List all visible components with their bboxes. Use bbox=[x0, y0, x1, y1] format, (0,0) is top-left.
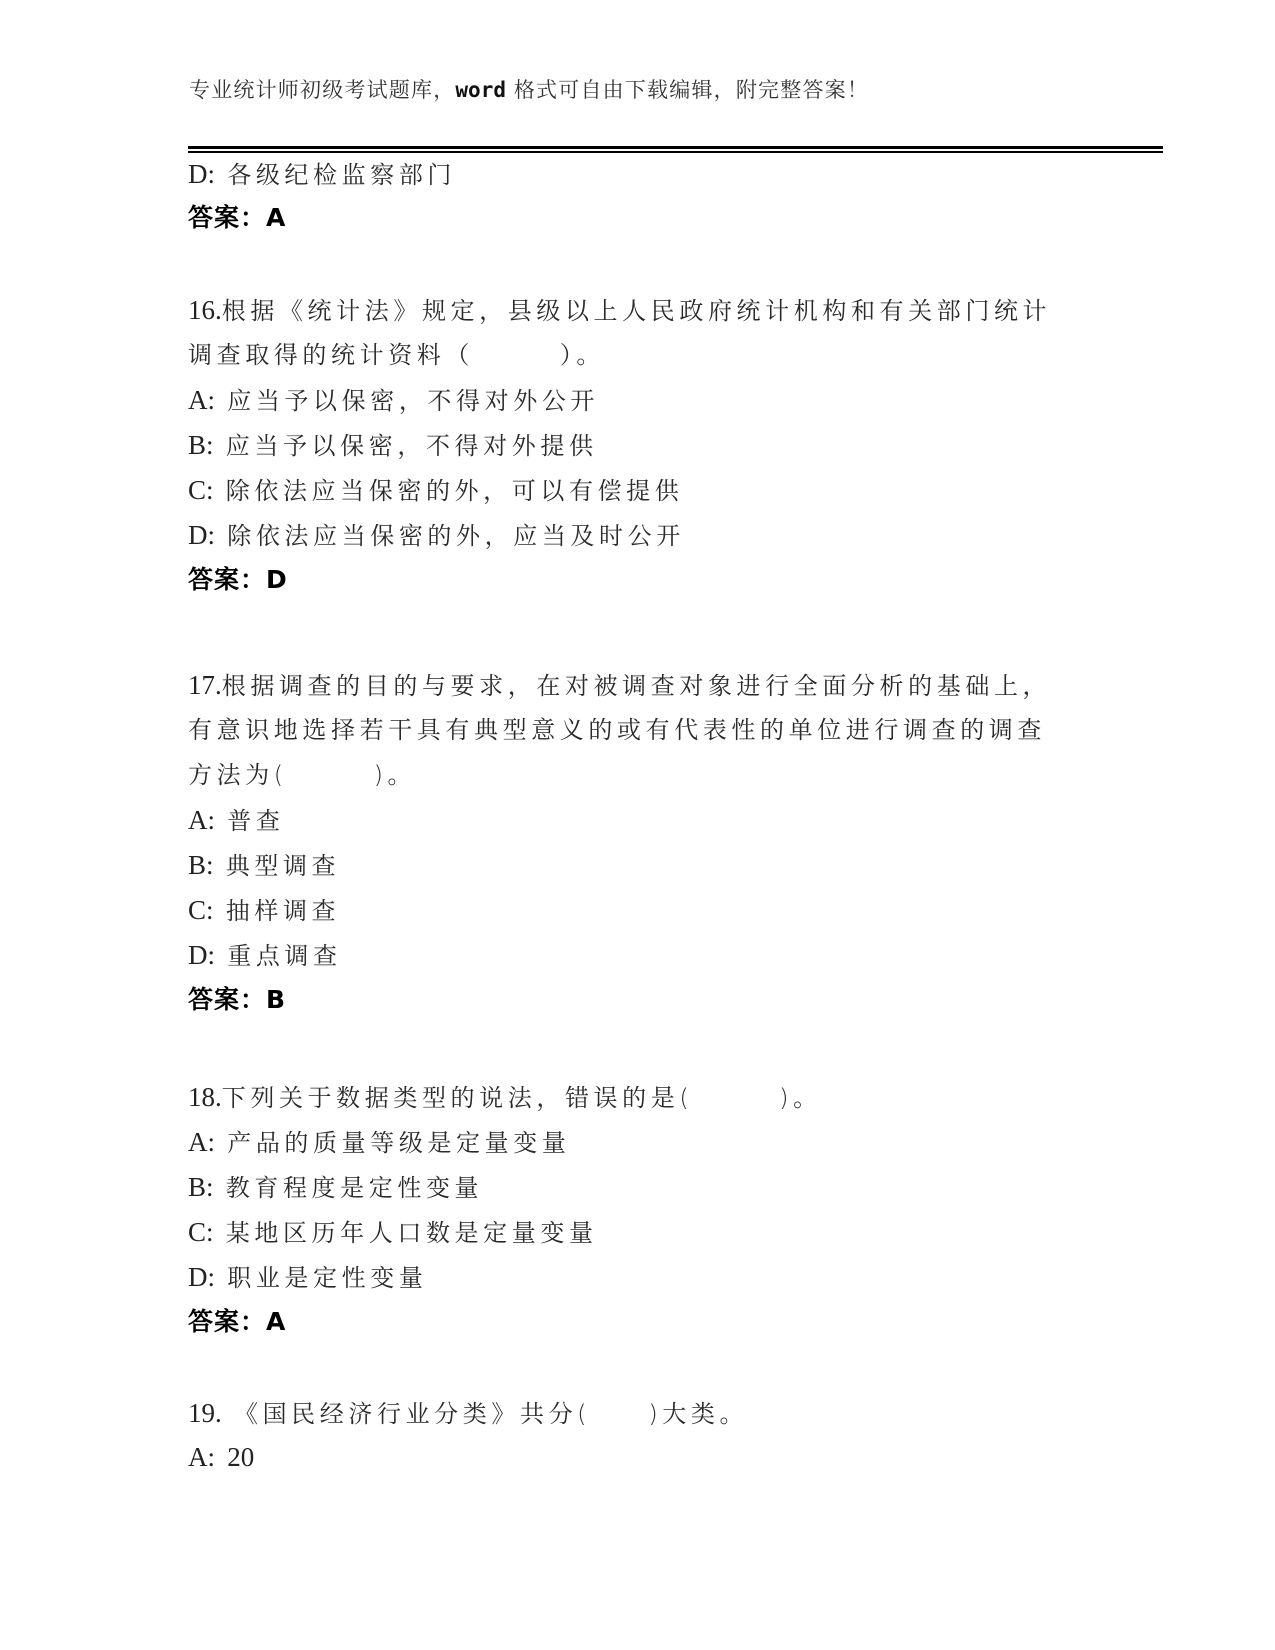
option-text: 典型调查 bbox=[226, 852, 340, 880]
option-d-carryover: D: 各级纪检监察部门 bbox=[188, 157, 456, 191]
page-header: 专业统计师初级考试题库，word 格式可自由下载编辑，附完整答案！ bbox=[189, 76, 869, 104]
option-label: A: bbox=[188, 385, 215, 415]
question-text-line: 17.根据调查的目的与要求，在对被调查对象进行全面分析的基础上， bbox=[188, 668, 1051, 702]
question-number: 19. bbox=[188, 1398, 222, 1428]
question-text: 根据《统计法》规定，县级以上人民政府统计机构和有关部门统计 bbox=[222, 297, 1051, 325]
option-b: B: 典型调查 bbox=[188, 848, 340, 882]
option-label: B: bbox=[188, 850, 214, 880]
option-text: 产品的质量等级是定量变量 bbox=[227, 1129, 570, 1157]
option-a: A: 应当予以保密，不得对外公开 bbox=[188, 383, 599, 417]
question-text-line: 19. 《国民经济行业分类》共分( )大类。 bbox=[188, 1396, 748, 1430]
option-text: 普查 bbox=[227, 807, 284, 835]
question-text: 下列关于数据类型的说法，错误的是( )。 bbox=[222, 1084, 822, 1112]
option-label: D: bbox=[188, 940, 215, 970]
option-c: C: 抽样调查 bbox=[188, 893, 340, 927]
answer: 答案：B bbox=[188, 982, 286, 1018]
option-text: 除依法应当保密的外，应当及时公开 bbox=[227, 522, 685, 550]
option-label: B: bbox=[188, 1172, 214, 1202]
question-number: 18. bbox=[188, 1082, 222, 1112]
option-label: C: bbox=[188, 475, 214, 505]
option-text: 重点调查 bbox=[227, 942, 341, 970]
option-b: B: 应当予以保密，不得对外提供 bbox=[188, 428, 598, 462]
option-d: D: 重点调查 bbox=[188, 938, 342, 972]
header-rule-thick bbox=[188, 146, 1163, 149]
question-text-line: 16.根据《统计法》规定，县级以上人民政府统计机构和有关部门统计 bbox=[188, 293, 1051, 327]
option-text: 应当予以保密，不得对外公开 bbox=[227, 387, 599, 415]
option-text: 抽样调查 bbox=[226, 897, 340, 925]
option-label: B: bbox=[188, 430, 214, 460]
option-label: C: bbox=[188, 895, 214, 925]
option-label: D: bbox=[188, 1262, 215, 1292]
option-label: A: bbox=[188, 805, 215, 835]
header-title-prefix: 专业统计师初级考试题库， bbox=[189, 78, 455, 102]
option-text: 教育程度是定性变量 bbox=[226, 1174, 483, 1202]
option-text: 除依法应当保密的外，可以有偿提供 bbox=[226, 477, 684, 505]
option-label: D: bbox=[188, 520, 215, 550]
option-text: 20 bbox=[227, 1442, 254, 1472]
header-rule-thin bbox=[188, 151, 1163, 153]
question-text: 根据调查的目的与要求，在对被调查对象进行全面分析的基础上， bbox=[222, 672, 1051, 700]
option-a: A: 产品的质量等级是定量变量 bbox=[188, 1125, 570, 1159]
question-text-line: 18.下列关于数据类型的说法，错误的是( )。 bbox=[188, 1080, 822, 1114]
option-label: D: bbox=[188, 159, 215, 189]
option-text: 职业是定性变量 bbox=[227, 1264, 427, 1292]
option-a: A: 普查 bbox=[188, 803, 284, 837]
answer: 答案：D bbox=[188, 562, 288, 598]
option-text: 各级纪检监察部门 bbox=[227, 161, 456, 189]
question-text-line: 调查取得的统计资料（ ）。 bbox=[188, 338, 605, 372]
answer-carryover: 答案：A bbox=[188, 200, 286, 236]
question-number: 16. bbox=[188, 295, 222, 325]
question-text-line: 有意识地选择若干具有典型意义的或有代表性的单位进行调查的调查 bbox=[188, 713, 1046, 747]
question-text: 《国民经济行业分类》共分( )大类。 bbox=[234, 1400, 748, 1428]
option-text: 应当予以保密，不得对外提供 bbox=[226, 432, 598, 460]
option-c: C: 除依法应当保密的外，可以有偿提供 bbox=[188, 473, 683, 507]
option-text: 某地区历年人口数是定量变量 bbox=[226, 1219, 598, 1247]
option-label: C: bbox=[188, 1217, 214, 1247]
option-d: D: 职业是定性变量 bbox=[188, 1260, 427, 1294]
answer: 答案：A bbox=[188, 1304, 286, 1340]
option-label: A: bbox=[188, 1442, 215, 1472]
header-title-latin: word bbox=[455, 78, 506, 102]
option-a: A: 20 bbox=[188, 1440, 254, 1474]
question-number: 17. bbox=[188, 670, 222, 700]
option-c: C: 某地区历年人口数是定量变量 bbox=[188, 1215, 598, 1249]
option-label: A: bbox=[188, 1127, 215, 1157]
option-b: B: 教育程度是定性变量 bbox=[188, 1170, 483, 1204]
question-text-line: 方法为( )。 bbox=[188, 758, 416, 792]
option-d: D: 除依法应当保密的外，应当及时公开 bbox=[188, 518, 685, 552]
header-title-suffix: 格式可自由下载编辑，附完整答案！ bbox=[506, 78, 869, 102]
